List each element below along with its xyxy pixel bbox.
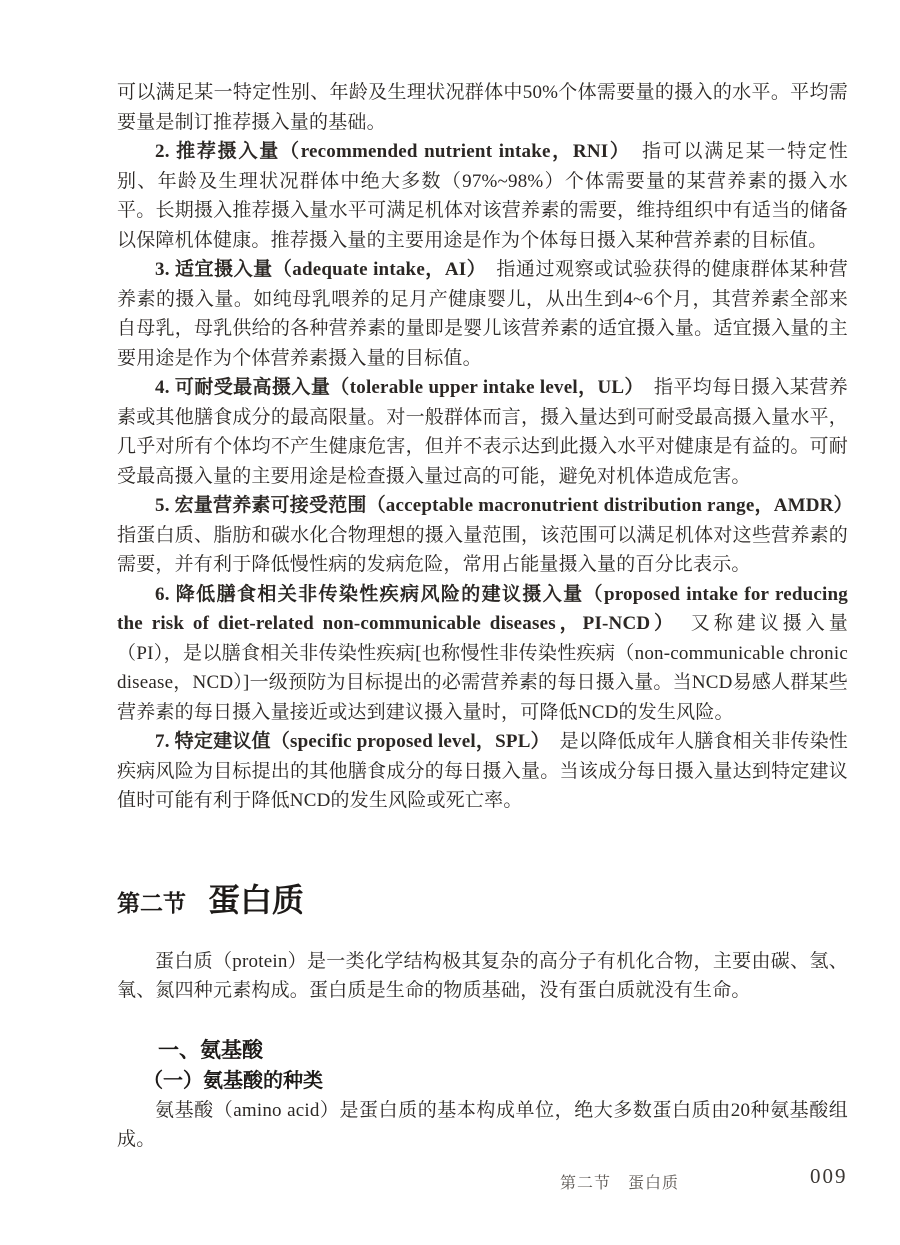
book-page: 可以满足某一特定性别、年龄及生理状况群体中50%个体需要量的摄入的水平。平均需要… — [0, 0, 900, 1245]
page-content: 可以满足某一特定性别、年龄及生理状况群体中50%个体需要量的摄入的水平。平均需要… — [117, 78, 848, 1155]
subheading-amino-acid: 一、氨基酸 — [117, 1036, 848, 1066]
definition-spl-lead: 7. 特定建议值（specific proposed level，SPL） — [155, 731, 540, 752]
paragraph-amino-acid: 氨基酸（amino acid）是蛋白质的基本构成单位，绝大多数蛋白质由20种氨基… — [117, 1096, 848, 1155]
definition-amdr-lead: 5. 宏量营养素可接受范围（acceptable macronutrient d… — [155, 495, 843, 516]
subheading-amino-acid-types: （一）氨基酸的种类 — [117, 1066, 848, 1096]
section-heading: 第二节蛋白质 — [117, 882, 848, 925]
definition-ai-lead: 3. 适宜摄入量（adequate intake，AI） — [155, 259, 477, 280]
section-number: 第二节 — [117, 890, 186, 916]
definition-rni-lead: 2. 推荐摄入量（recommended nutrient intake，RNI… — [155, 141, 621, 162]
definition-ai: 3. 适宜摄入量（adequate intake，AI） 指通过观察或试验获得的… — [117, 255, 848, 373]
paragraph-continuation: 可以满足某一特定性别、年龄及生理状况群体中50%个体需要量的摄入的水平。平均需要… — [117, 78, 848, 137]
footer-section-title: 第二节 蛋白质 — [560, 1170, 679, 1193]
footer-page-number: 009 — [810, 1164, 848, 1189]
section-title: 蛋白质 — [208, 882, 304, 918]
definition-rni: 2. 推荐摄入量（recommended nutrient intake，RNI… — [117, 137, 848, 255]
paragraph-protein-intro: 蛋白质（protein）是一类化学结构极其复杂的高分子有机化合物，主要由碳、氢、… — [117, 947, 848, 1006]
definition-pi-ncd: 6. 降低膳食相关非传染性疾病风险的建议摄入量（proposed intake … — [117, 580, 848, 728]
definition-spl: 7. 特定建议值（specific proposed level，SPL） 是以… — [117, 727, 848, 816]
definition-amdr: 5. 宏量营养素可接受范围（acceptable macronutrient d… — [117, 491, 848, 580]
definition-ul-lead: 4. 可耐受最高摄入量（tolerable upper intake level… — [155, 377, 634, 398]
definition-ul: 4. 可耐受最高摄入量（tolerable upper intake level… — [117, 373, 848, 491]
